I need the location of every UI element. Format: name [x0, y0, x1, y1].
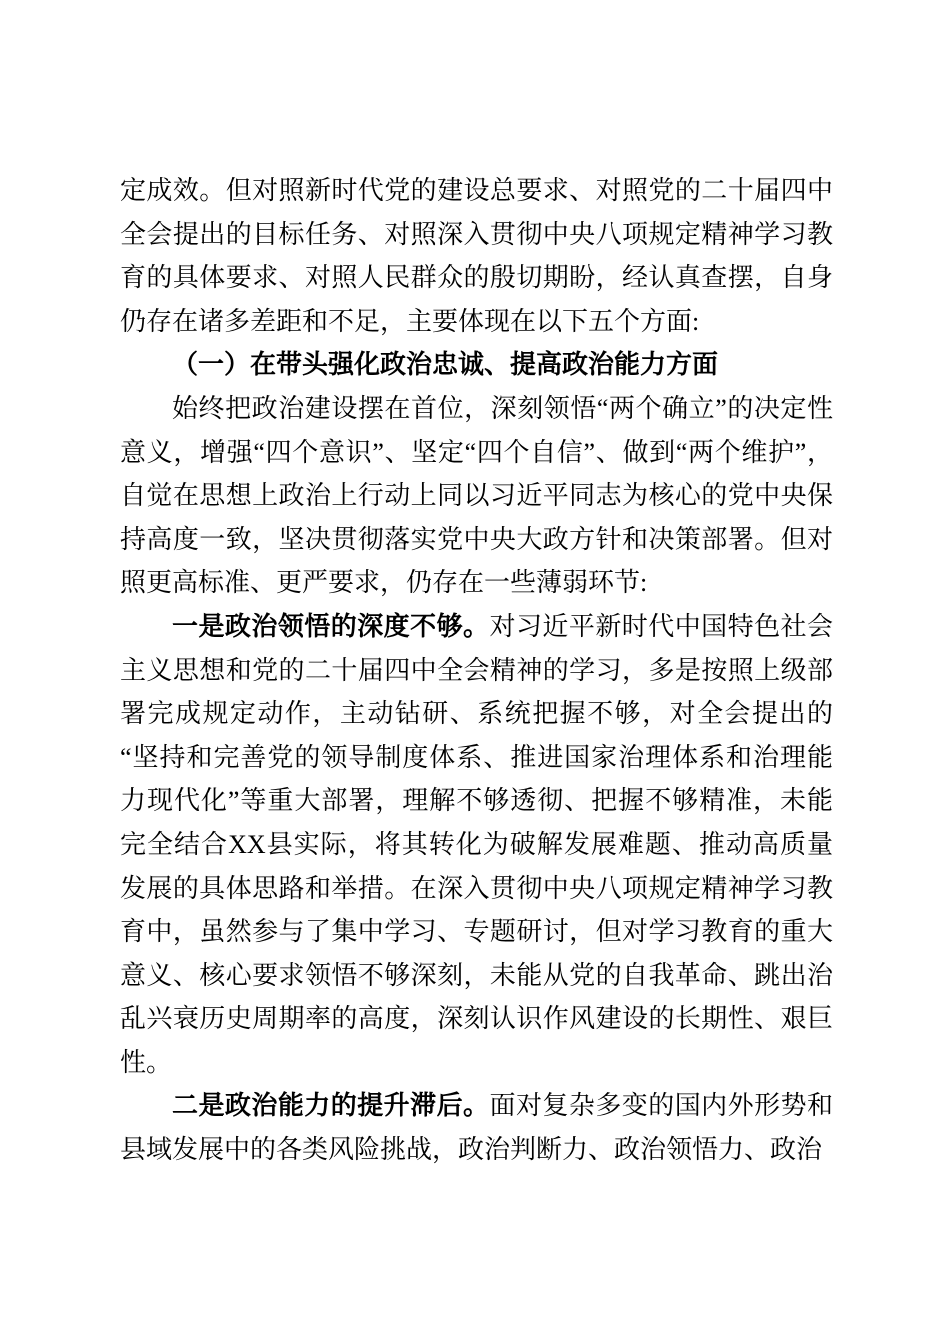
document-page: 定成效。但对照新时代党的建设总要求、对照党的二十届四中全会提出的目标任务、对照深… — [0, 0, 950, 1344]
paragraph-body: 一是政治领悟的深度不够。对习近平新时代中国特色社会主义思想和党的二十届四中全会精… — [120, 605, 833, 1085]
paragraph-continuation: 定成效。但对照新时代党的建设总要求、对照党的二十届四中全会提出的目标任务、对照深… — [120, 169, 833, 343]
paragraph-body: 始终把政治建设摆在首位，深刻领悟“两个确立”的决定性意义，增强“四个意识”、坚定… — [120, 387, 833, 605]
paragraph-lead-bold: 一是政治领悟的深度不够。 — [172, 612, 490, 641]
paragraph-text: 对习近平新时代中国特色社会主义思想和党的二十届四中全会精神的学习，多是按照上级部… — [120, 612, 833, 1077]
paragraph-body: 二是政治能力的提升滞后。面对复杂多变的国内外形势和县域发展中的各类风险挑战，政治… — [120, 1084, 833, 1171]
paragraph-lead-bold: 二是政治能力的提升滞后。 — [172, 1091, 490, 1120]
section-heading: （一）在带头强化政治忠诚、提高政治能力方面 — [120, 343, 833, 387]
